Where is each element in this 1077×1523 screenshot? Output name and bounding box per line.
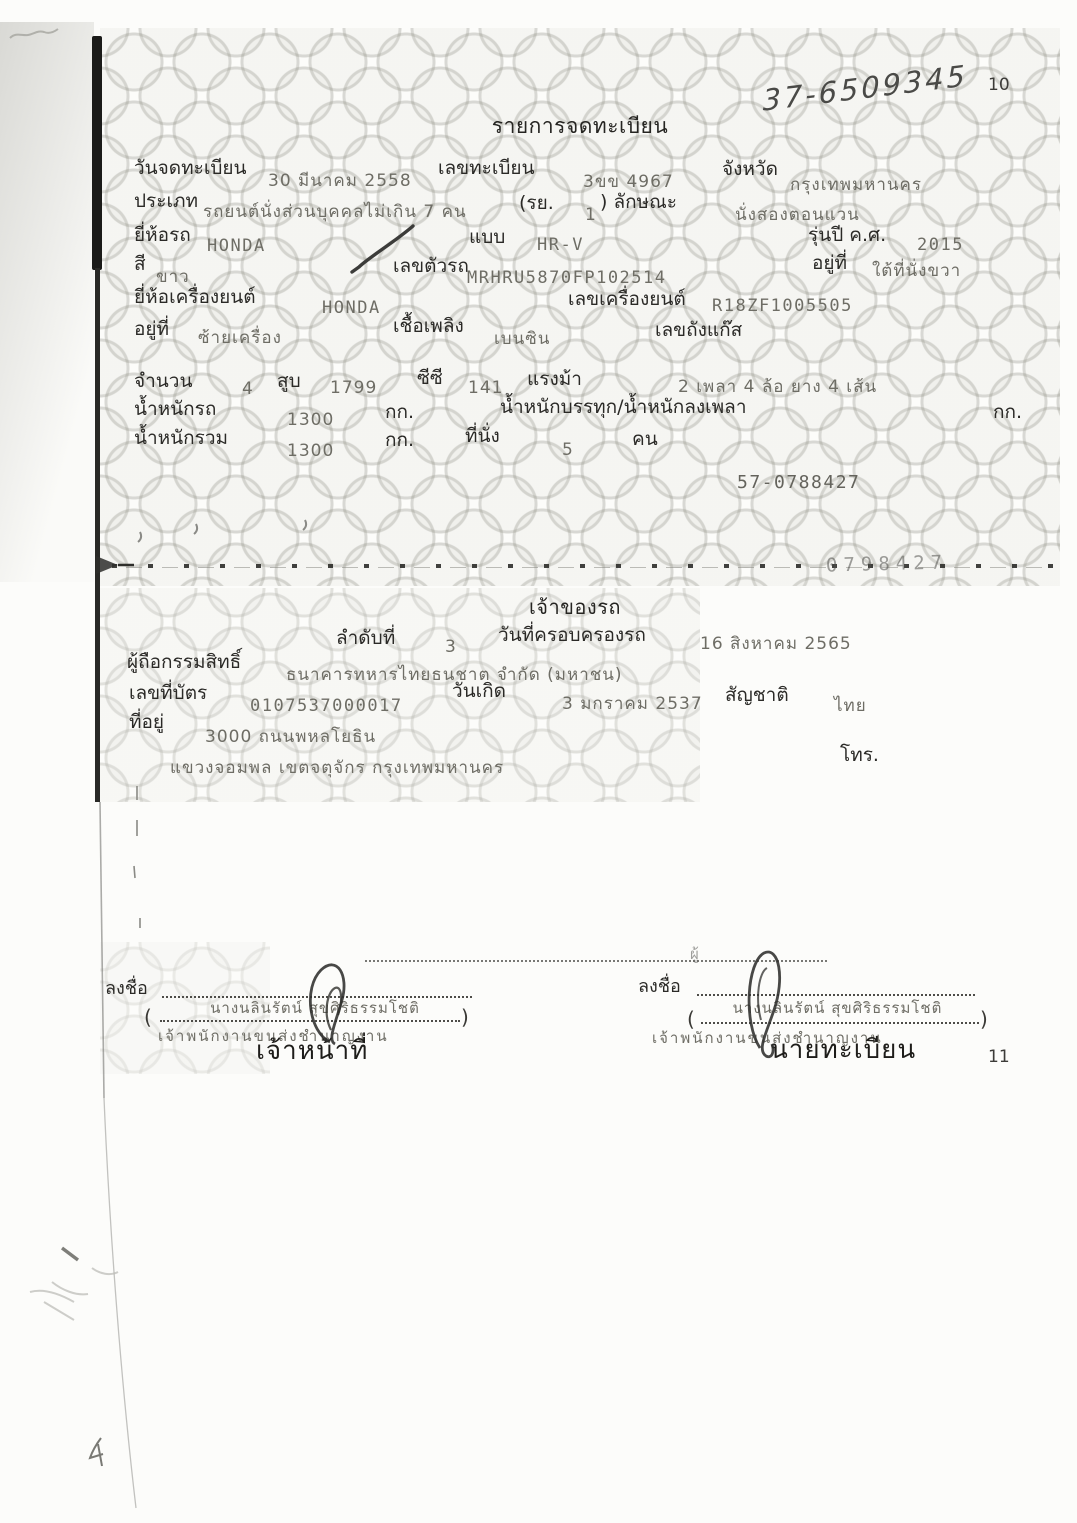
owner-section-header: เจ้าของรถ [440, 596, 710, 619]
paren-close-left: ) [461, 1006, 469, 1029]
engine-no-value: R18ZF1005505 [712, 297, 853, 317]
page-edge-curl [104, 1098, 136, 1508]
card-no-value: 0107537000017 [250, 697, 403, 717]
handwritten-number: 37-6509345 [762, 59, 968, 118]
year-value: 2015 [917, 236, 964, 256]
doc-number: 57-0788427 [737, 473, 860, 494]
model-value: HR-V [537, 236, 584, 256]
seats-unit-label: คน [632, 429, 658, 451]
birth-label: วันเกิด [452, 681, 506, 703]
document-title: รายการจดทะเบียน [430, 114, 730, 138]
engine-brand-value: HONDA [322, 299, 381, 319]
page-edge-dark [92, 36, 102, 270]
seq-label: ลำดับที่ [336, 628, 395, 650]
model-label: แบบ [469, 227, 505, 249]
margin-ticks [134, 786, 140, 928]
paren-close-right: ) [980, 1008, 988, 1031]
ry-open-label: (รย. [519, 193, 554, 215]
kg-unit-2-label: กก. [993, 402, 1022, 424]
hp-value: 141 [468, 379, 503, 399]
engine-loc-value: ซ้ายเครื่อง [198, 329, 282, 349]
plate-value: 3ขข 4967 [583, 173, 674, 193]
brand-value: HONDA [207, 237, 266, 257]
color-value: ขาว [156, 268, 190, 288]
hp-unit-label: แรงม้า [527, 369, 582, 391]
bottom-pen-mark [90, 1438, 103, 1466]
gross-weight-value: 1300 [287, 442, 334, 462]
curb-weight-value: 1300 [287, 411, 334, 431]
signer-name-left: นางนลินรัตน์ สุขศิริธรรมโชติ [165, 1000, 465, 1017]
sign-dotline-right [697, 994, 975, 996]
ry-close-label: ) ลักษณะ [600, 192, 677, 214]
gas-tank-label: เลขถังแก๊ส [655, 320, 742, 342]
reg-date-label: วันจดทะเบียน [134, 158, 247, 180]
engine-brand-label: ยี่ห้อเครื่องยนต์ [134, 287, 256, 309]
seq-value: 3 [445, 638, 457, 658]
chassis-label: เลขตัวรถ [393, 256, 469, 278]
page-edge-mid [95, 268, 100, 802]
page-edge-low [100, 802, 104, 1098]
sign-dotline-left [162, 996, 472, 998]
type-label: ประเภท [134, 191, 198, 213]
brand-label: ยี่ห้อรถ [134, 225, 191, 247]
tel-label: โทร. [840, 745, 879, 767]
qty-label: จำนวน [134, 371, 192, 393]
perforation-ghost-number: 0798427 [826, 552, 949, 577]
document-page: 10 37-6509345 รายการจดทะเบียน วันจดทะเบี… [0, 0, 1077, 1523]
reg-date-value: 30 มีนาคม 2558 [268, 172, 412, 192]
name-dotline-right [701, 1022, 979, 1024]
nationality-value: ไทย [834, 697, 867, 717]
axle-info-value: 2 เพลา 4 ล้อ ยาง 4 เส้น [678, 378, 877, 398]
province-label: จังหวัด [722, 159, 778, 181]
cylinders-value: 4 [242, 380, 254, 400]
seats-label: ที่นั่ง [465, 426, 500, 448]
kg-unit-1-label: กก. [385, 402, 414, 424]
fuel-value: เบนซิน [494, 330, 550, 350]
paren-open-left: ( [144, 1006, 152, 1029]
sign-label-right: ลงชื่อ [638, 977, 681, 998]
fuel-label: เชื้อเพลิง [393, 316, 464, 338]
color-label: สี [134, 254, 146, 276]
chassis-value: MRHRU5870FP102514 [467, 269, 667, 289]
engine-loc-label: อยู่ที่ [134, 319, 169, 341]
paren-open-right: ( [687, 1008, 695, 1031]
nationality-label: สัญชาติ [725, 685, 789, 707]
seats-value: 5 [562, 441, 574, 461]
cc-value: 1799 [330, 379, 377, 399]
signer-name-right: นางนลินรัตน์ สุขศิริธรรมโชติ [700, 1000, 975, 1017]
chassis-loc-value: ใต้ที่นั่งขวา [872, 262, 961, 282]
engine-no-label: เลขเครื่องยนต์ [568, 289, 686, 311]
smudge-light [30, 1268, 118, 1320]
cyl-unit-label: สูบ [277, 371, 301, 393]
province-value: กรุงเทพมหานคร [790, 176, 922, 196]
address-label: ที่อยู่ [129, 712, 164, 734]
page-number-bottom: 11 [988, 1048, 1010, 1068]
year-label: รุ่นปี ค.ศ. [808, 225, 886, 247]
holder-label: ผู้ถือกรรมสิทธิ์ [127, 652, 241, 674]
ghost-dotted-line [365, 960, 827, 962]
pen-tick-marks [138, 520, 306, 542]
smudge-dark [62, 1248, 78, 1260]
birth-date-value: 3 มกราคม 2537 [562, 695, 703, 715]
card-label: เลขที่บัตร [129, 683, 207, 705]
address-line1-value: 3000 ถนนพหลโยธิน [205, 728, 376, 748]
plate-label: เลขทะเบียน [438, 158, 535, 180]
ry-value: 1 [585, 206, 597, 226]
scanner-shadow [0, 22, 94, 582]
chassis-loc-label: อยู่ที่ [812, 253, 847, 275]
cc-unit-label: ซีซี [417, 368, 443, 390]
gross-weight-label: น้ำหนักรวม [134, 428, 228, 450]
possession-date-value: 16 สิงหาคม 2565 [700, 635, 852, 655]
sign-label-left: ลงชื่อ [105, 979, 148, 1000]
role-left: เจ้าหน้าที่ [256, 1037, 368, 1067]
ghost-text: ผู้ [690, 946, 703, 963]
body-style-value: นั่งสองตอนแวน [735, 206, 860, 226]
name-dotline-left [160, 1020, 460, 1022]
load-weight-label: น้ำหนักบรรทุก/น้ำหนักลงเพลา [500, 397, 747, 419]
page-number-top: 10 [988, 76, 1010, 96]
address-line2-value: แขวงจอมพล เขตจตุจักร กรุงเทพมหานคร [170, 759, 504, 779]
type-value: รถยนต์นั่งส่วนบุคคลไม่เกิน 7 คน [203, 203, 467, 223]
curb-weight-label: น้ำหนักรถ [134, 399, 216, 421]
role-right: นายทะเบียน [770, 1036, 916, 1066]
kg-unit-3-label: กก. [385, 430, 414, 452]
possession-date-label: วันที่ครอบครองรถ [498, 625, 646, 647]
